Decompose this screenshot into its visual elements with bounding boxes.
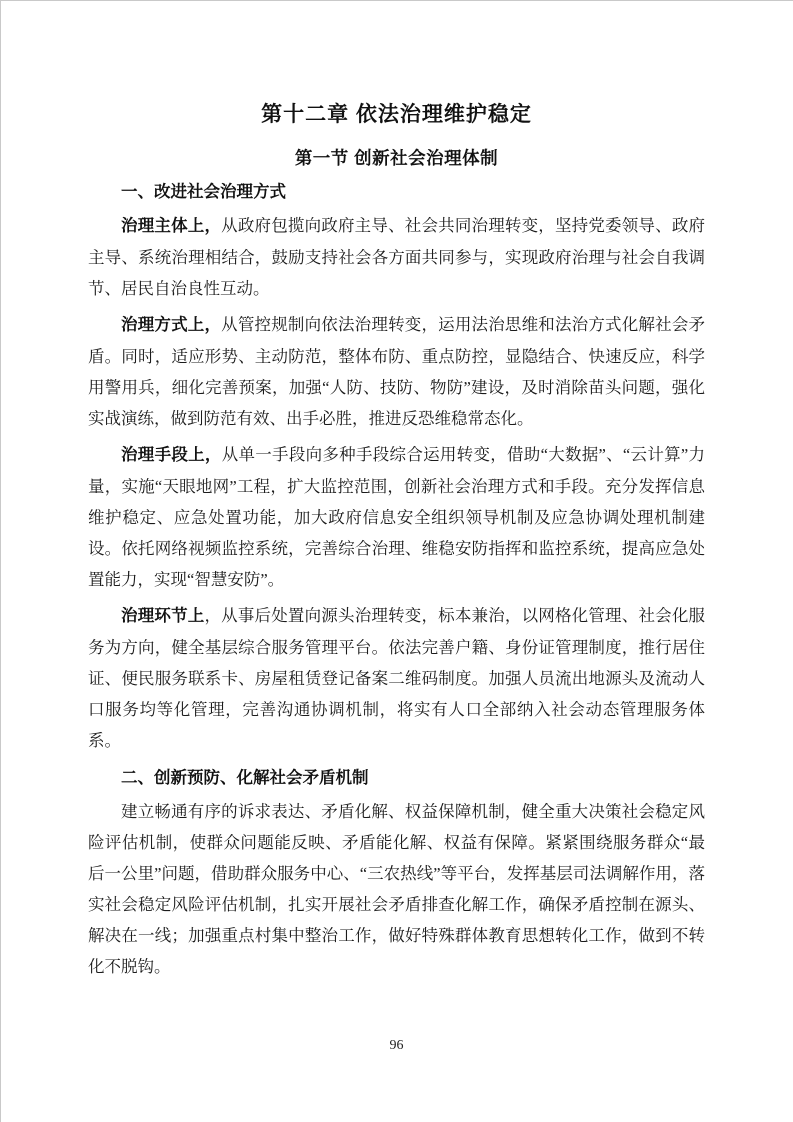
subsection-heading-1: 一、改进社会治理方式: [88, 179, 705, 205]
document-page: 第十二章 依法治理维护稳定 第一节 创新社会治理体制 一、改进社会治理方式 治理…: [0, 0, 793, 1122]
paragraph-lead: 治理方式上，: [121, 316, 221, 334]
paragraph-text: 从单一手段向多种手段综合运用转变，借助“大数据”、“云计算”力量，实施“天眼地网…: [88, 445, 705, 589]
paragraph-governance-subject: 治理主体上，从政府包揽向政府主导、社会共同治理转变，坚持党委领导、政府主导、系统…: [88, 210, 705, 304]
chapter-title: 第十二章 依法治理维护稳定: [88, 0, 705, 130]
paragraph-text: ，从事后处置向源头治理转变，标本兼治，以网格化管理、社会化服务为方向，健全基层综…: [88, 606, 705, 750]
paragraph-conflict-resolution: 建立畅通有序的诉求表达、矛盾化解、权益保障机制，健全重大决策社会稳定风险评估机制…: [88, 796, 705, 982]
paragraph-lead: 治理环节上: [121, 607, 204, 625]
paragraph-lead: 治理主体上，: [121, 217, 221, 235]
paragraph-governance-method: 治理方式上，从管控规制向依法治理转变，运用法治思维和法治方式化解社会矛盾。同时，…: [88, 309, 705, 434]
paragraph-text: 建立畅通有序的诉求表达、矛盾化解、权益保障机制，健全重大决策社会稳定风险评估机制…: [88, 802, 705, 976]
page-number: 96: [0, 1038, 793, 1054]
subsection-heading-2: 二、创新预防、化解社会矛盾机制: [88, 765, 705, 791]
paragraph-governance-links: 治理环节上，从事后处置向源头治理转变，标本兼治，以网格化管理、社会化服务为方向，…: [88, 600, 705, 756]
paragraph-governance-means: 治理手段上，从单一手段向多种手段综合运用转变，借助“大数据”、“云计算”力量，实…: [88, 439, 705, 595]
section-title: 第一节 创新社会治理体制: [88, 146, 705, 170]
page-content: 第十二章 依法治理维护稳定 第一节 创新社会治理体制 一、改进社会治理方式 治理…: [88, 0, 705, 982]
paragraph-lead: 治理手段上，: [121, 446, 222, 464]
